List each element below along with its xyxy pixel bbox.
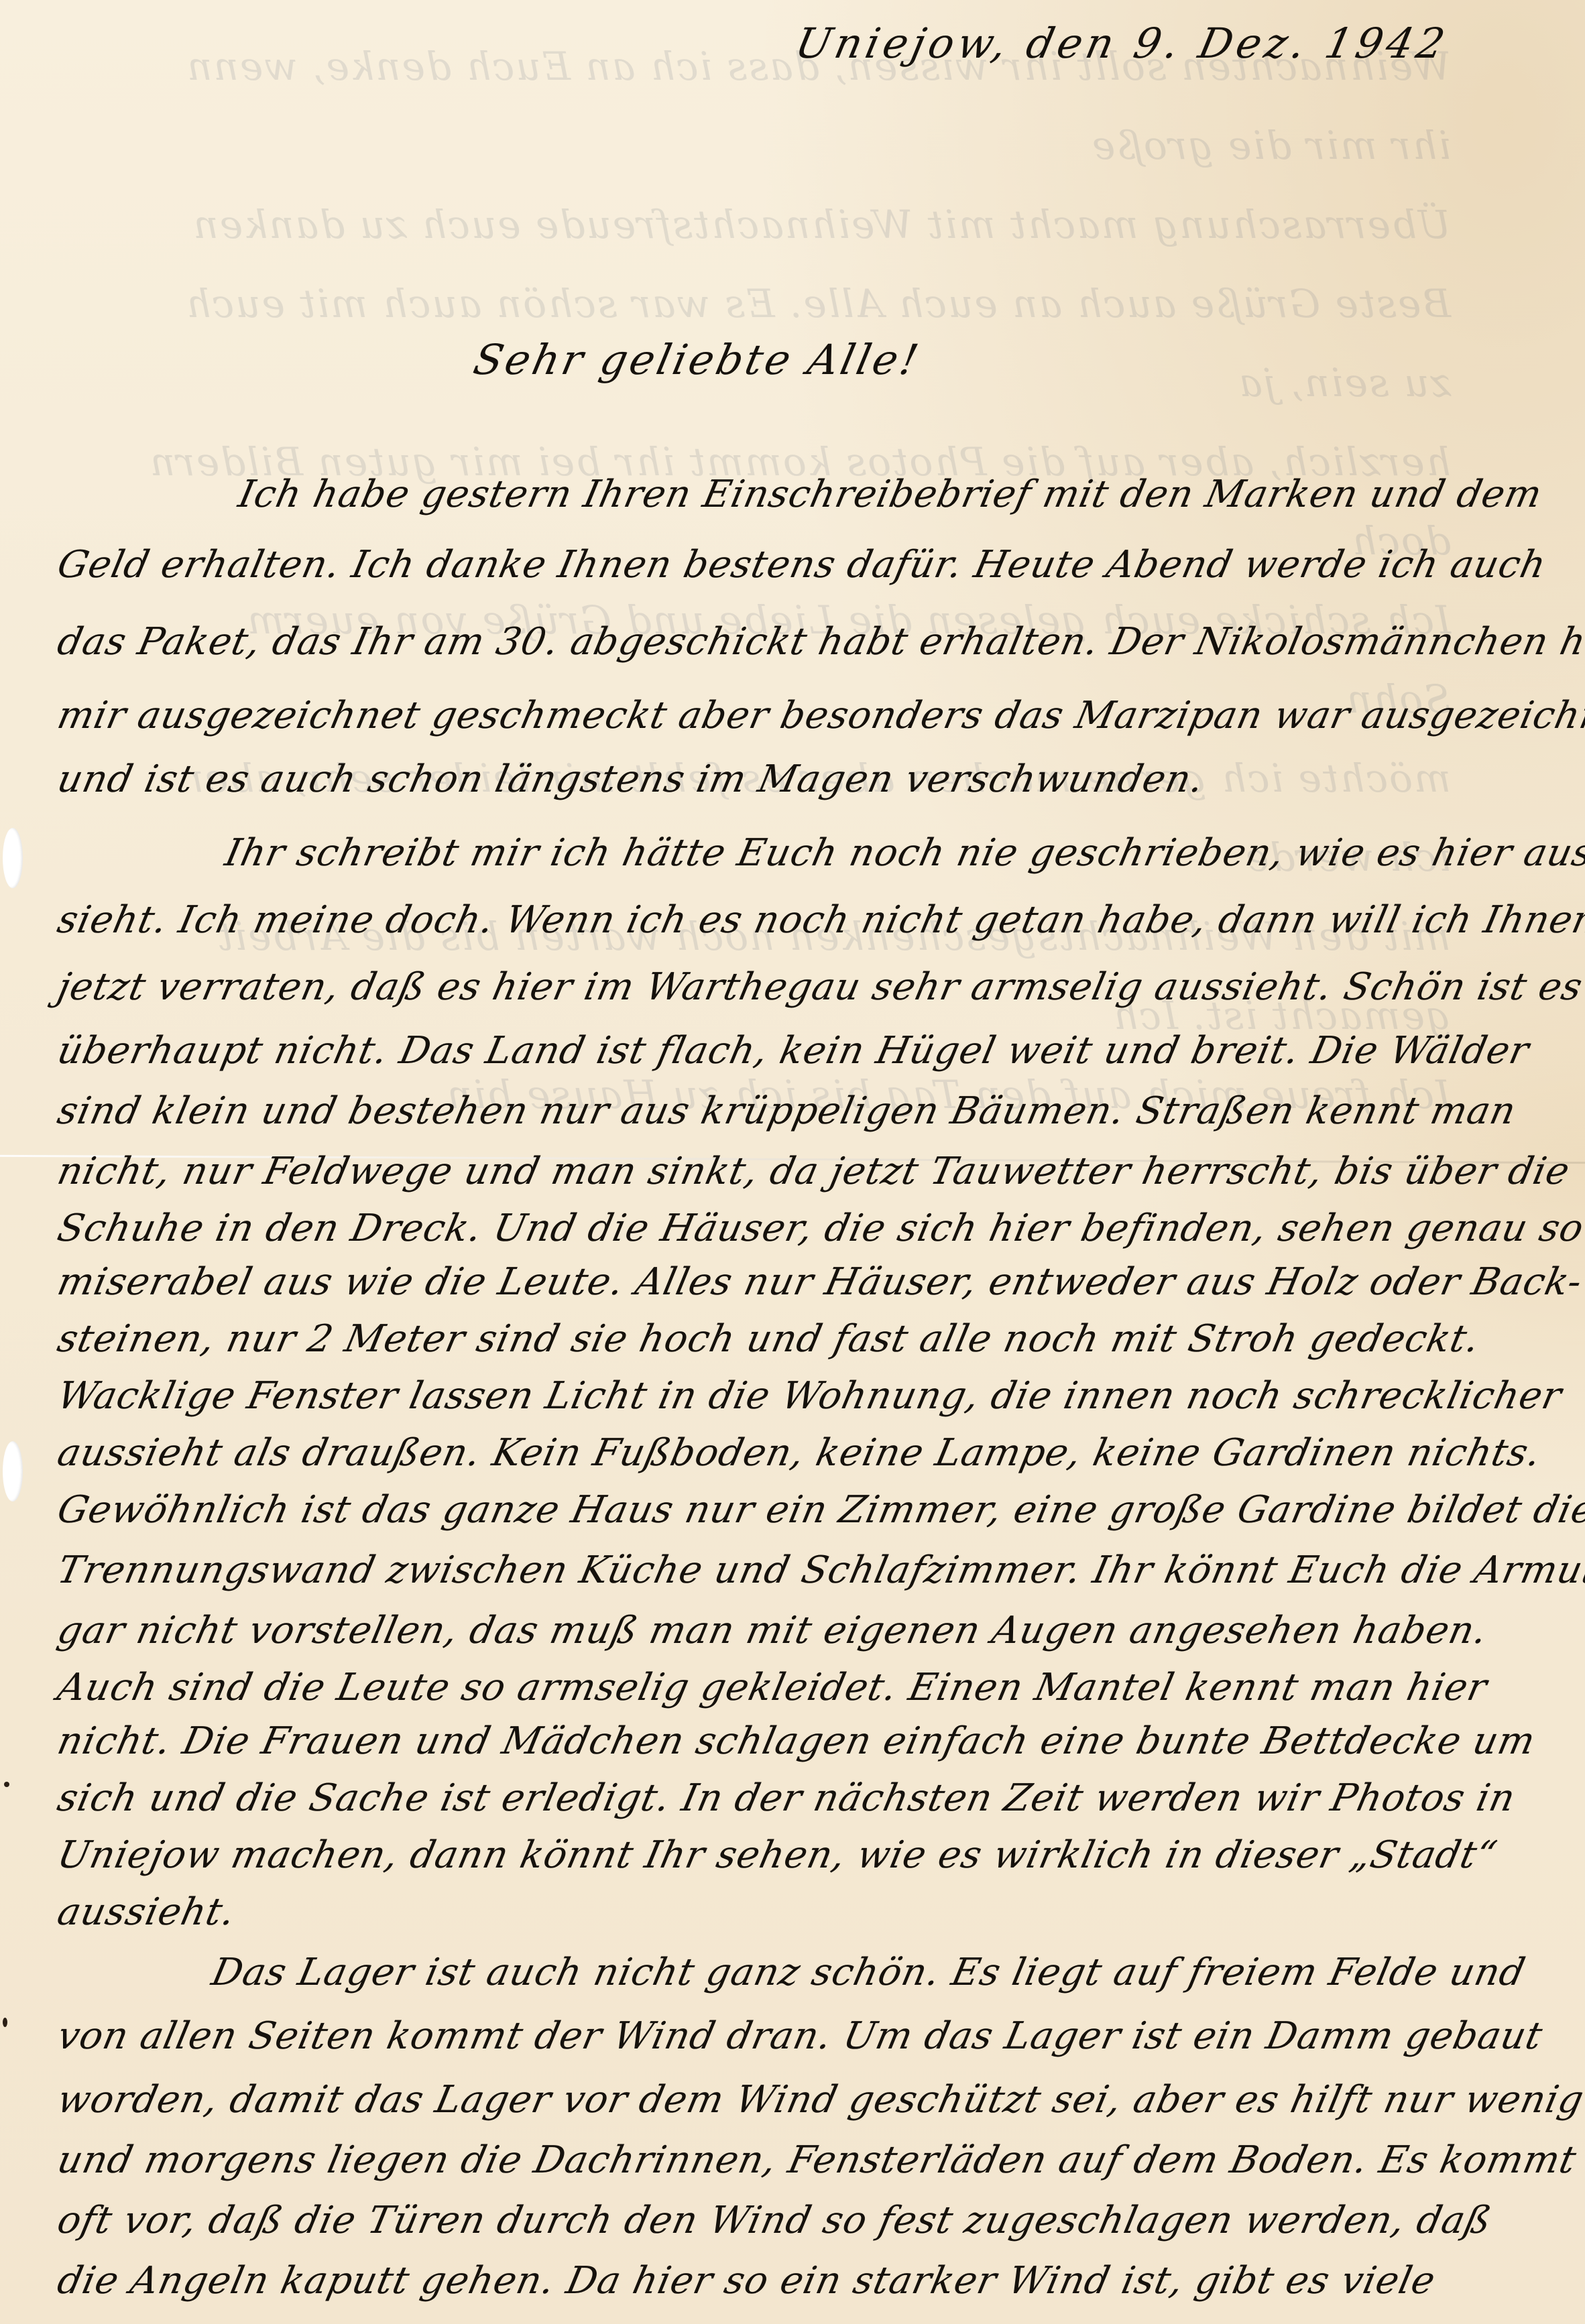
paragraph-2-line-5: sind klein und bestehen nur aus krüppeli… — [54, 1089, 1520, 1133]
paragraph-1-line-3: das Paket, das Ihr am 30. abgeschickt ha… — [54, 620, 1585, 664]
paragraph-2-line-15: Auch sind die Leute so armselig gekleide… — [54, 1666, 1491, 1709]
paragraph-2-line-12: Gewöhnlich ist das ganze Haus nur ein Zi… — [54, 1488, 1585, 1532]
paragraph-2-line-17: sich und die Sache ist erledigt. In der … — [54, 1776, 1519, 1820]
paragraph-2-line-3: jetzt verraten, daß es hier im Warthegau… — [54, 965, 1585, 1009]
paragraph-2-line-9: steinen, nur 2 Meter sind sie hoch und f… — [54, 1317, 1484, 1361]
paragraph-1-line-1: Ich habe gestern Ihren Einschreibebrief … — [235, 473, 1546, 516]
paragraph-2-line-16: nicht. Die Frauen und Mädchen schlagen e… — [54, 1719, 1539, 1763]
dateline: Uniejow, den 9. Dez. 1942 — [791, 19, 1453, 68]
paragraph-2-line-7: Schuhe in den Dreck. Und die Häuser, die… — [54, 1207, 1585, 1250]
paragraph-2-line-19: aussieht. — [54, 1890, 239, 1934]
paragraph-2-line-18: Uniejow machen, dann könnt Ihr sehen, wi… — [54, 1833, 1501, 1877]
ink-dot — [3, 2018, 7, 2027]
paragraph-3-line-3: worden, damit das Lager vor dem Wind ges… — [54, 2078, 1585, 2122]
salutation: Sehr geliebte Alle! — [469, 335, 925, 384]
paragraph-1-line-4: mir ausgezeichnet geschmeckt aber besond… — [54, 694, 1585, 737]
letter-page: Weihnachten sollt ihr wissen, dass ich a… — [0, 0, 1585, 2324]
paragraph-2-line-8: miserabel aus wie die Leute. Alles nur H… — [54, 1260, 1585, 1304]
paragraph-2-line-10: Wacklige Fenster lassen Licht in die Woh… — [54, 1374, 1566, 1418]
paragraph-3-line-4: und morgens liegen die Dachrinnen, Fenst… — [54, 2138, 1580, 2182]
paragraph-1-line-5: und ist es auch schon längstens im Magen… — [54, 757, 1208, 801]
paragraph-2-line-11: aussieht als draußen. Kein Fußboden, kei… — [54, 1431, 1545, 1475]
ink-dot — [4, 1782, 9, 1787]
punch-hole-top — [3, 828, 23, 888]
paragraph-3-line-5: oft vor, daß die Türen durch den Wind so… — [54, 2199, 1496, 2242]
paragraph-3-line-6: die Angeln kaputt gehen. Da hier so ein … — [54, 2259, 1440, 2303]
paragraph-2-line-13: Trennungswand zwischen Küche und Schlafz… — [54, 1548, 1585, 1592]
punch-hole-bottom — [3, 1441, 23, 1502]
paragraph-3-line-1: Das Lager ist auch nicht ganz schön. Es … — [208, 1951, 1529, 1994]
paragraph-2-line-14: gar nicht vorstellen, das muß man mit ei… — [54, 1609, 1491, 1652]
paragraph-2-line-6: nicht, nur Feldwege und man sinkt, da je… — [54, 1150, 1574, 1193]
paragraph-3-line-2: von allen Seiten kommt der Wind dran. Um… — [54, 2014, 1547, 2058]
paragraph-1-line-2: Geld erhalten. Ich danke Ihnen bestens d… — [54, 543, 1550, 587]
paragraph-2-line-1: Ihr schreibt mir ich hätte Euch noch nie… — [221, 831, 1585, 875]
paragraph-2-line-2: sieht. Ich meine doch. Wenn ich es noch … — [54, 898, 1585, 942]
bleed-line: Überraschung macht mit Weihnachtsfreude … — [134, 185, 1451, 264]
paragraph-2-line-4: überhaupt nicht. Das Land ist flach, kei… — [54, 1029, 1533, 1073]
